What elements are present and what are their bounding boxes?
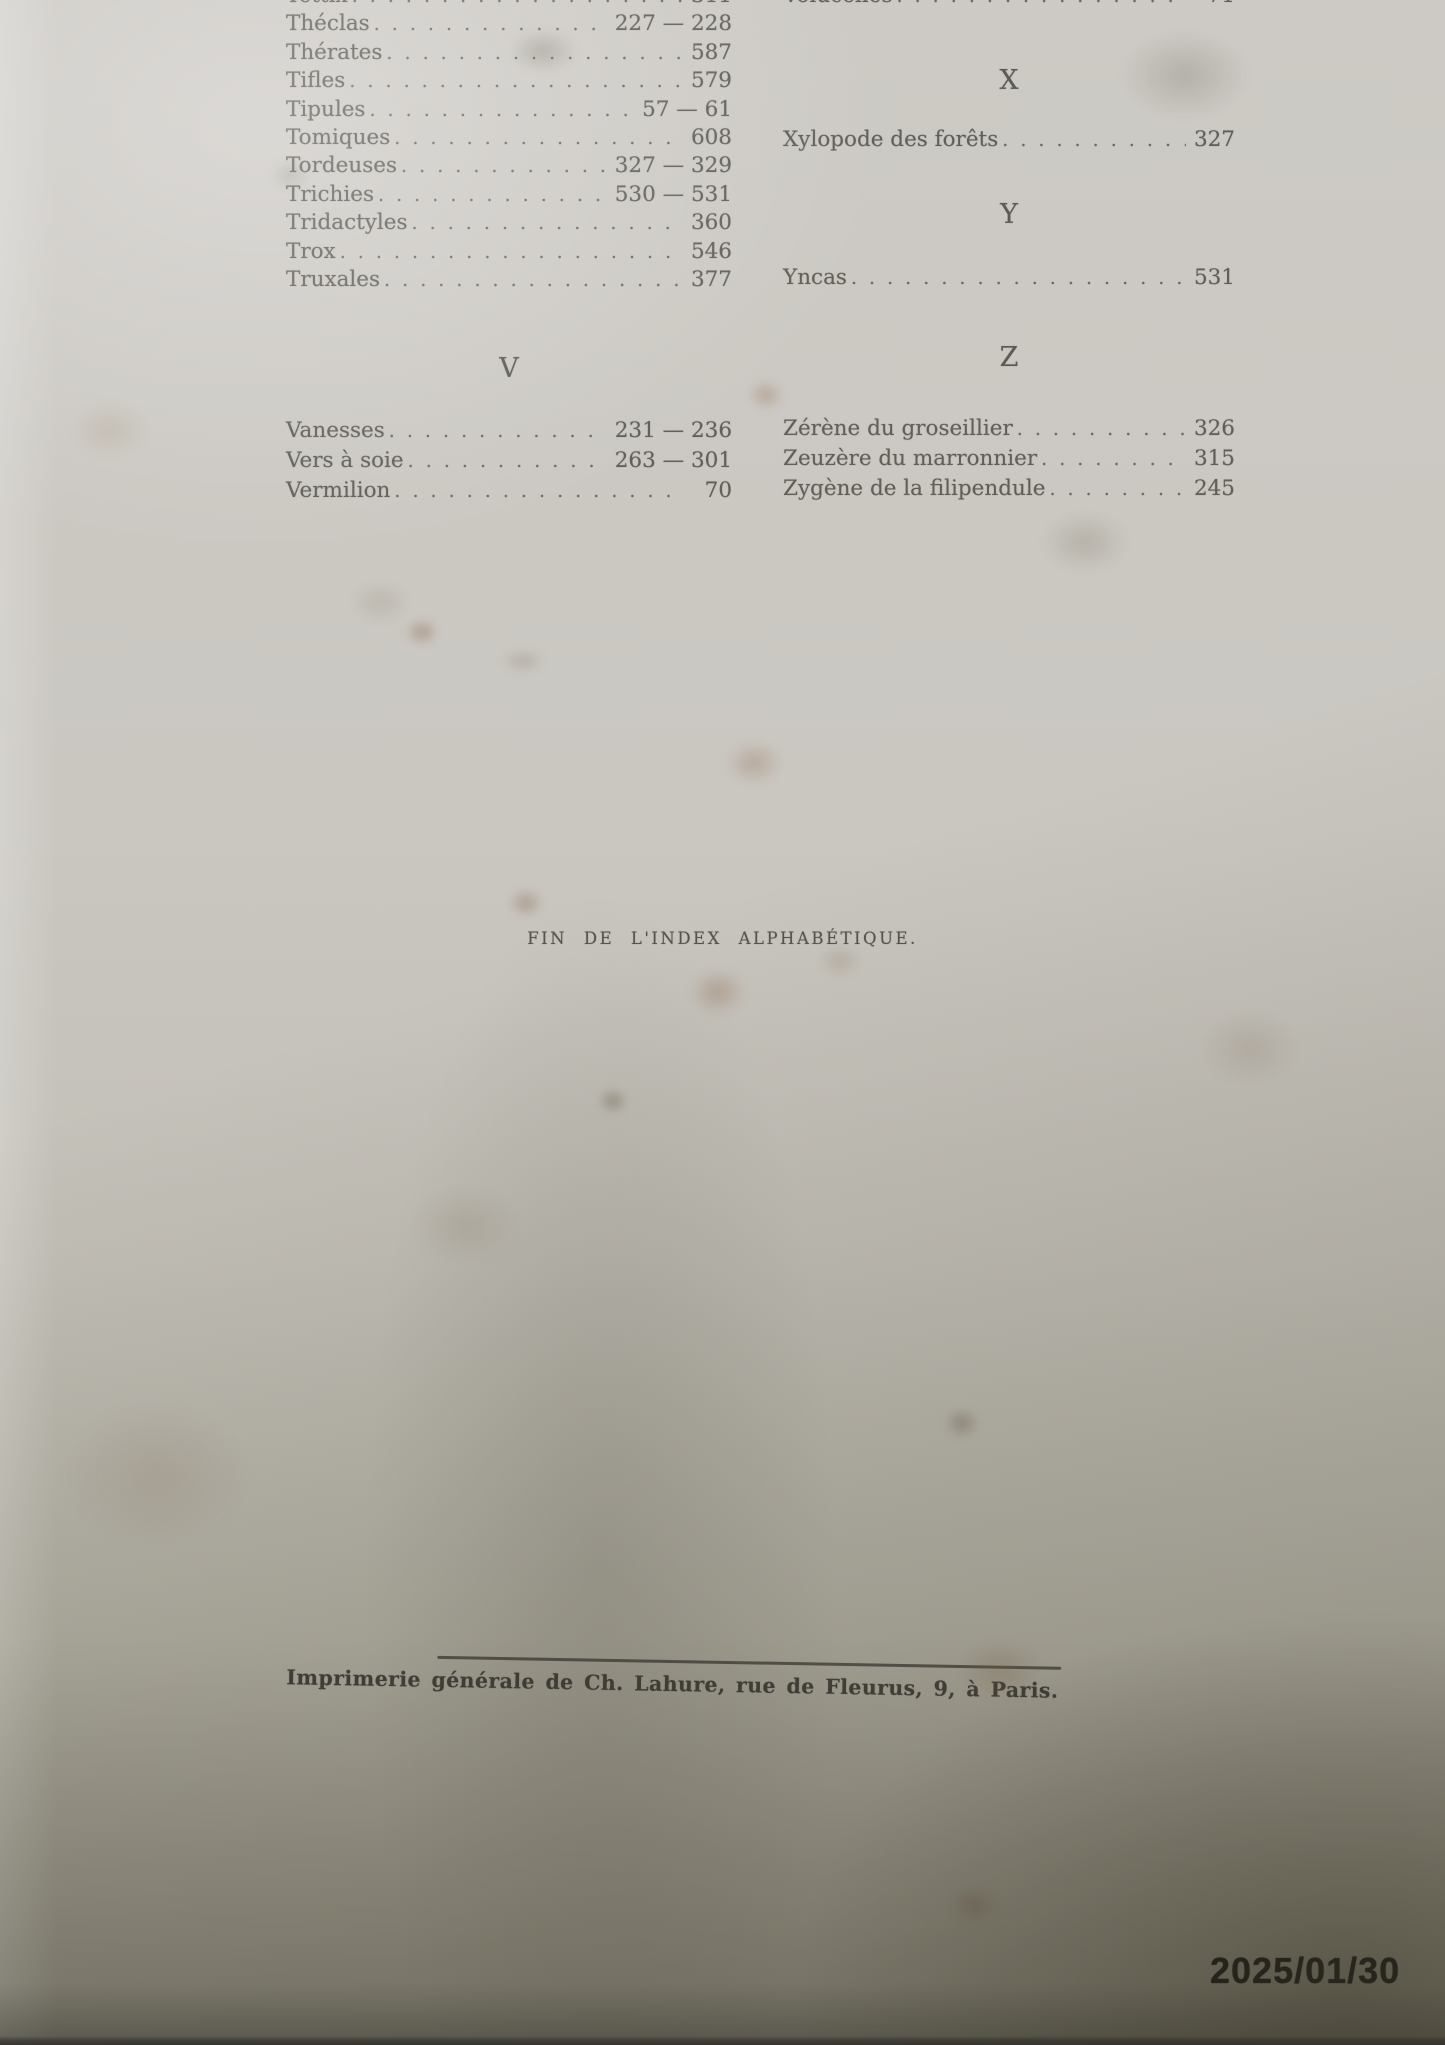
stain: [500, 648, 546, 674]
stain: [350, 580, 410, 624]
dot-leader: [340, 241, 683, 263]
stain: [410, 1185, 520, 1265]
fin-line: FIN DE L'INDEX ALPHABÉTIQUE.: [0, 929, 1445, 948]
imprint-block: Imprimerie générale de Ch. Lahure, rue d…: [265, 1653, 1081, 1703]
dot-leader: [1017, 418, 1186, 440]
stain: [725, 740, 783, 786]
entry-page: 327: [1194, 127, 1235, 152]
entry-page: 360: [691, 210, 732, 235]
dot-leader: [394, 127, 683, 149]
entry-label: Vanesses: [286, 418, 385, 443]
entry-label: Tettix: [286, 0, 348, 8]
index-row: Tettix 311: [286, 0, 732, 11]
dot-leader: [389, 420, 607, 442]
entry-page: 71: [1195, 0, 1235, 8]
entry-page: 608: [691, 125, 732, 150]
entry-label: Zygène de la filipendule: [783, 476, 1045, 501]
entry-label: Vers à soie: [286, 448, 404, 473]
entry-page: 57 — 61: [642, 97, 732, 122]
entry-label: Zérène du groseillier: [783, 416, 1013, 441]
entry-label: Trichies: [286, 182, 374, 207]
date-stamp: 2025/01/30: [1210, 1950, 1400, 1992]
section-header-z: Z: [783, 340, 1235, 376]
stain: [690, 968, 746, 1016]
index-row: Tifles 579: [286, 68, 732, 96]
stain: [598, 1088, 628, 1114]
entry-page: 227 — 228: [615, 11, 732, 36]
dot-leader: [374, 13, 607, 35]
index-column-left: Tettix 311 Théclas 227 — 228 Thérates 58…: [286, 0, 732, 508]
index-row: Tipules 57 — 61: [286, 97, 732, 125]
index-row: Tomiques 608: [286, 125, 732, 153]
stain: [1200, 1010, 1300, 1086]
index-row: Zygène de la filipendule 245: [783, 476, 1235, 506]
index-row: Tridactyles 360: [286, 210, 732, 238]
entry-page: 70: [692, 478, 732, 503]
index-row: Vers à soie 263 — 301: [286, 448, 732, 478]
entry-label: Tordeuses: [286, 153, 397, 178]
index-row: Truxales 377: [286, 267, 732, 295]
dot-leader: [401, 155, 607, 177]
dot-leader: [1002, 129, 1186, 151]
dot-leader: [384, 269, 683, 291]
entry-label: Volucelles: [783, 0, 893, 8]
dot-leader: [851, 267, 1186, 289]
dot-leader: [386, 42, 683, 64]
section-header-x: X: [783, 63, 1235, 99]
index-row: Théclas 227 — 228: [286, 11, 732, 39]
entry-page: 377: [691, 267, 732, 292]
imprint-rule: [437, 1656, 1061, 1670]
dot-leader: [369, 99, 634, 121]
entry-page: 326: [1194, 416, 1235, 441]
index-column-right: Volucelles 71 X Xylopode des forêts 327 …: [783, 0, 1235, 506]
section-header-v: V: [286, 351, 732, 387]
index-row: Thérates 587: [286, 40, 732, 68]
entry-label: Théclas: [286, 11, 370, 36]
stain: [60, 1400, 250, 1550]
entry-label: Thérates: [286, 40, 382, 65]
entry-page: 530 — 531: [615, 182, 732, 207]
dot-leader: [1049, 478, 1185, 500]
dot-leader: [378, 184, 607, 206]
stain: [70, 400, 150, 460]
dot-leader: [394, 480, 684, 502]
entry-label: Zeuzère du marronnier: [783, 446, 1037, 471]
index-row: Yncas 531: [783, 265, 1235, 295]
entry-label: Yncas: [783, 265, 847, 290]
entry-page: 263 — 301: [615, 448, 732, 473]
index-row: Xylopode des forêts 327: [783, 127, 1235, 157]
section-header-y: Y: [783, 197, 1235, 233]
stain: [818, 944, 862, 978]
center-shadow: [360, 880, 840, 2040]
index-row: Volucelles 71: [783, 0, 1235, 11]
stain: [405, 618, 439, 646]
stain: [945, 1408, 979, 1438]
entry-page: 245: [1194, 476, 1235, 501]
entry-page: 327 — 329: [615, 153, 732, 178]
photo-bottom-edge: [0, 2036, 1445, 2045]
entry-page: 546: [691, 239, 732, 264]
entry-page: 579: [691, 68, 732, 93]
index-row: Zérène du groseillier 326: [783, 416, 1235, 446]
entry-label: Tipules: [286, 97, 365, 122]
index-row: Trichies 530 — 531: [286, 182, 732, 210]
stain: [748, 380, 784, 410]
book-page-photo: Tettix 311 Théclas 227 — 228 Thérates 58…: [0, 0, 1445, 2045]
dot-leader: [412, 212, 683, 234]
entry-page: 531: [1194, 265, 1235, 290]
entry-label: Tridactyles: [286, 210, 408, 235]
index-row: Vermilion 70: [286, 478, 732, 508]
dot-leader: [1041, 448, 1186, 470]
index-row: Zeuzère du marronnier 315: [783, 446, 1235, 476]
imprint-text: Imprimerie générale de Ch. Lahure, rue d…: [265, 1665, 1080, 1703]
dot-leader: [897, 0, 1188, 7]
dot-leader: [408, 450, 607, 472]
entry-label: Vermilion: [286, 478, 390, 503]
entry-page: 315: [1194, 446, 1235, 471]
index-row: Tordeuses 327 — 329: [286, 153, 732, 181]
stain: [1040, 510, 1130, 574]
entry-label: Trox: [286, 239, 336, 264]
stain: [950, 1885, 998, 1925]
entry-label: Tifles: [286, 68, 345, 93]
entry-page: 311: [691, 0, 732, 8]
entry-label: Truxales: [286, 267, 380, 292]
stain: [508, 888, 544, 918]
dot-leader: [352, 0, 683, 7]
entry-label: Xylopode des forêts: [783, 127, 998, 152]
entry-page: 231 — 236: [615, 418, 732, 443]
entry-page: 587: [691, 40, 732, 65]
index-row: Trox 546: [286, 239, 732, 267]
index-row: Vanesses 231 — 236: [286, 418, 732, 448]
dot-leader: [349, 70, 683, 92]
entry-label: Tomiques: [286, 125, 390, 150]
